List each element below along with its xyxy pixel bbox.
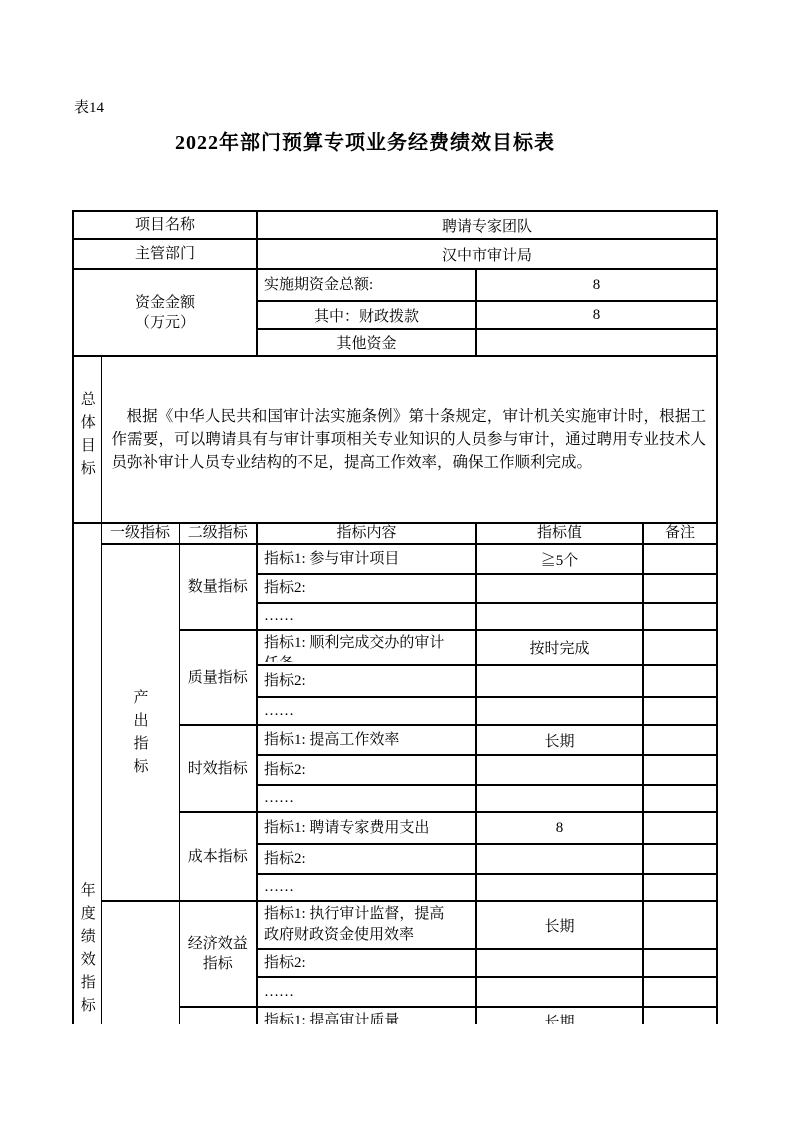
indicator-value: 长期 [476,725,643,755]
note-cell [643,630,717,665]
indicator-value [476,665,643,697]
note-cell [643,697,717,725]
indicator-value [476,949,643,977]
overall-goal-label: 总体目标 [73,356,101,523]
level2-social-benefit-indicator: 社会效益 指标 [179,1007,257,1024]
table-row: 经济效益 指标 指标1: 执行审计监督，提高 政府财政资金使用效率 长期 [73,901,717,949]
table-row: 总体目标 根据《中华人民共和国审计法实施条例》第十条规定，审计机关实施审计时，根… [73,356,717,523]
level2-economic-benefit-indicator: 经济效益 指标 [179,901,257,1007]
indicator-value: ≧5个 [476,544,643,574]
table-row: 年度绩效指标 一级指标 二级指标 指标内容 指标值 备注 [73,523,717,544]
note-cell [643,665,717,697]
level2-quality-indicator: 质量指标 [179,630,257,725]
page: { "colors": {"background": "#ffffff", "t… [0,0,793,1122]
indicator-value: 长期 [476,901,643,949]
indicator-content: 指标2: [257,844,476,874]
indicator-content: …… [257,697,476,725]
column-header-level2: 二级指标 [179,523,257,544]
department-label: 主管部门 [73,239,257,269]
indicator-content: 指标2: [257,665,476,697]
column-header-level1: 一级指标 [101,523,179,544]
note-cell [643,574,717,603]
indicator-content: 指标1: 参与审计项目 [257,544,476,574]
indicator-value [476,697,643,725]
indicator-value [476,785,643,812]
table-row: 主管部门 汉中市审计局 [73,239,717,269]
note-cell [643,874,717,901]
indicator-value: 8 [476,812,643,844]
note-cell [643,603,717,630]
project-name-label: 项目名称 [73,211,257,239]
indicator-content: 指标1: 提高审计质量 [257,1007,476,1024]
indicator-content: 指标1: 执行审计监督，提高 政府财政资金使用效率 [257,901,476,949]
indicator-value: 长期 [476,1007,643,1024]
level1-output-indicators: 产出指标 [101,544,179,901]
indicator-content: 指标2: [257,949,476,977]
page-title: 2022年部门预算专项业务经费绩效目标表 [0,126,730,155]
fund-fiscal-value: 8 [476,301,717,329]
indicator-value [476,755,643,785]
overall-goal-text: 根据《中华人民共和国审计法实施条例》第十条规定，审计机关实施审计时，根据工作需要… [101,356,717,523]
fund-amount-label: 资金金额 （万元） [73,269,257,356]
level2-timeliness-indicator: 时效指标 [179,725,257,812]
performance-target-table: 项目名称 聘请专家团队 主管部门 汉中市审计局 资金金额 （万元） 实施期资金总… [72,210,718,1024]
indicator-content: …… [257,603,476,630]
indicator-content: …… [257,785,476,812]
indicator-value [476,844,643,874]
note-cell [643,812,717,844]
fund-total-value: 8 [476,269,717,301]
annual-indicators-label: 年度绩效指标 [73,523,101,1024]
level1-benefit-indicators [101,901,179,1024]
indicator-content: 指标2: [257,755,476,785]
level2-cost-indicator: 成本指标 [179,812,257,901]
note-cell [643,725,717,755]
fund-other-label: 其他资金 [257,329,476,356]
column-header-note: 备注 [643,523,717,544]
indicator-value [476,603,643,630]
table-row: 资金金额 （万元） 实施期资金总额: 8 [73,269,717,301]
fund-fiscal-label: 其中：财政拨款 [257,301,476,329]
indicator-content: …… [257,977,476,1007]
note-cell [643,949,717,977]
performance-target-table-wrapper: 项目名称 聘请专家团队 主管部门 汉中市审计局 资金金额 （万元） 实施期资金总… [72,210,722,1024]
level2-quantity-indicator: 数量指标 [179,544,257,630]
indicator-value [476,574,643,603]
sheet-number-label: 表14 [74,96,104,117]
note-cell [643,844,717,874]
note-cell [643,901,717,949]
indicator-content: …… [257,874,476,901]
project-name-value: 聘请专家团队 [257,211,717,239]
note-cell [643,785,717,812]
table-row: 项目名称 聘请专家团队 [73,211,717,239]
indicator-value [476,874,643,901]
column-header-value: 指标值 [476,523,643,544]
table-row: 产出指标 数量指标 指标1: 参与审计项目 ≧5个 [73,544,717,574]
indicator-value: 按时完成 [476,630,643,665]
indicator-value [476,977,643,1007]
note-cell [643,977,717,1007]
note-cell [643,755,717,785]
fund-other-value [476,329,717,356]
note-cell [643,1007,717,1024]
department-value: 汉中市审计局 [257,239,717,269]
indicator-content: 指标1: 顺利完成交办的审计 任务 [257,630,476,665]
indicator-content: 指标1: 提高工作效率 [257,725,476,755]
indicator-content: 指标2: [257,574,476,603]
column-header-content: 指标内容 [257,523,476,544]
indicator-content: 指标1: 聘请专家费用支出 [257,812,476,844]
fund-total-label: 实施期资金总额: [257,269,476,301]
note-cell [643,544,717,574]
